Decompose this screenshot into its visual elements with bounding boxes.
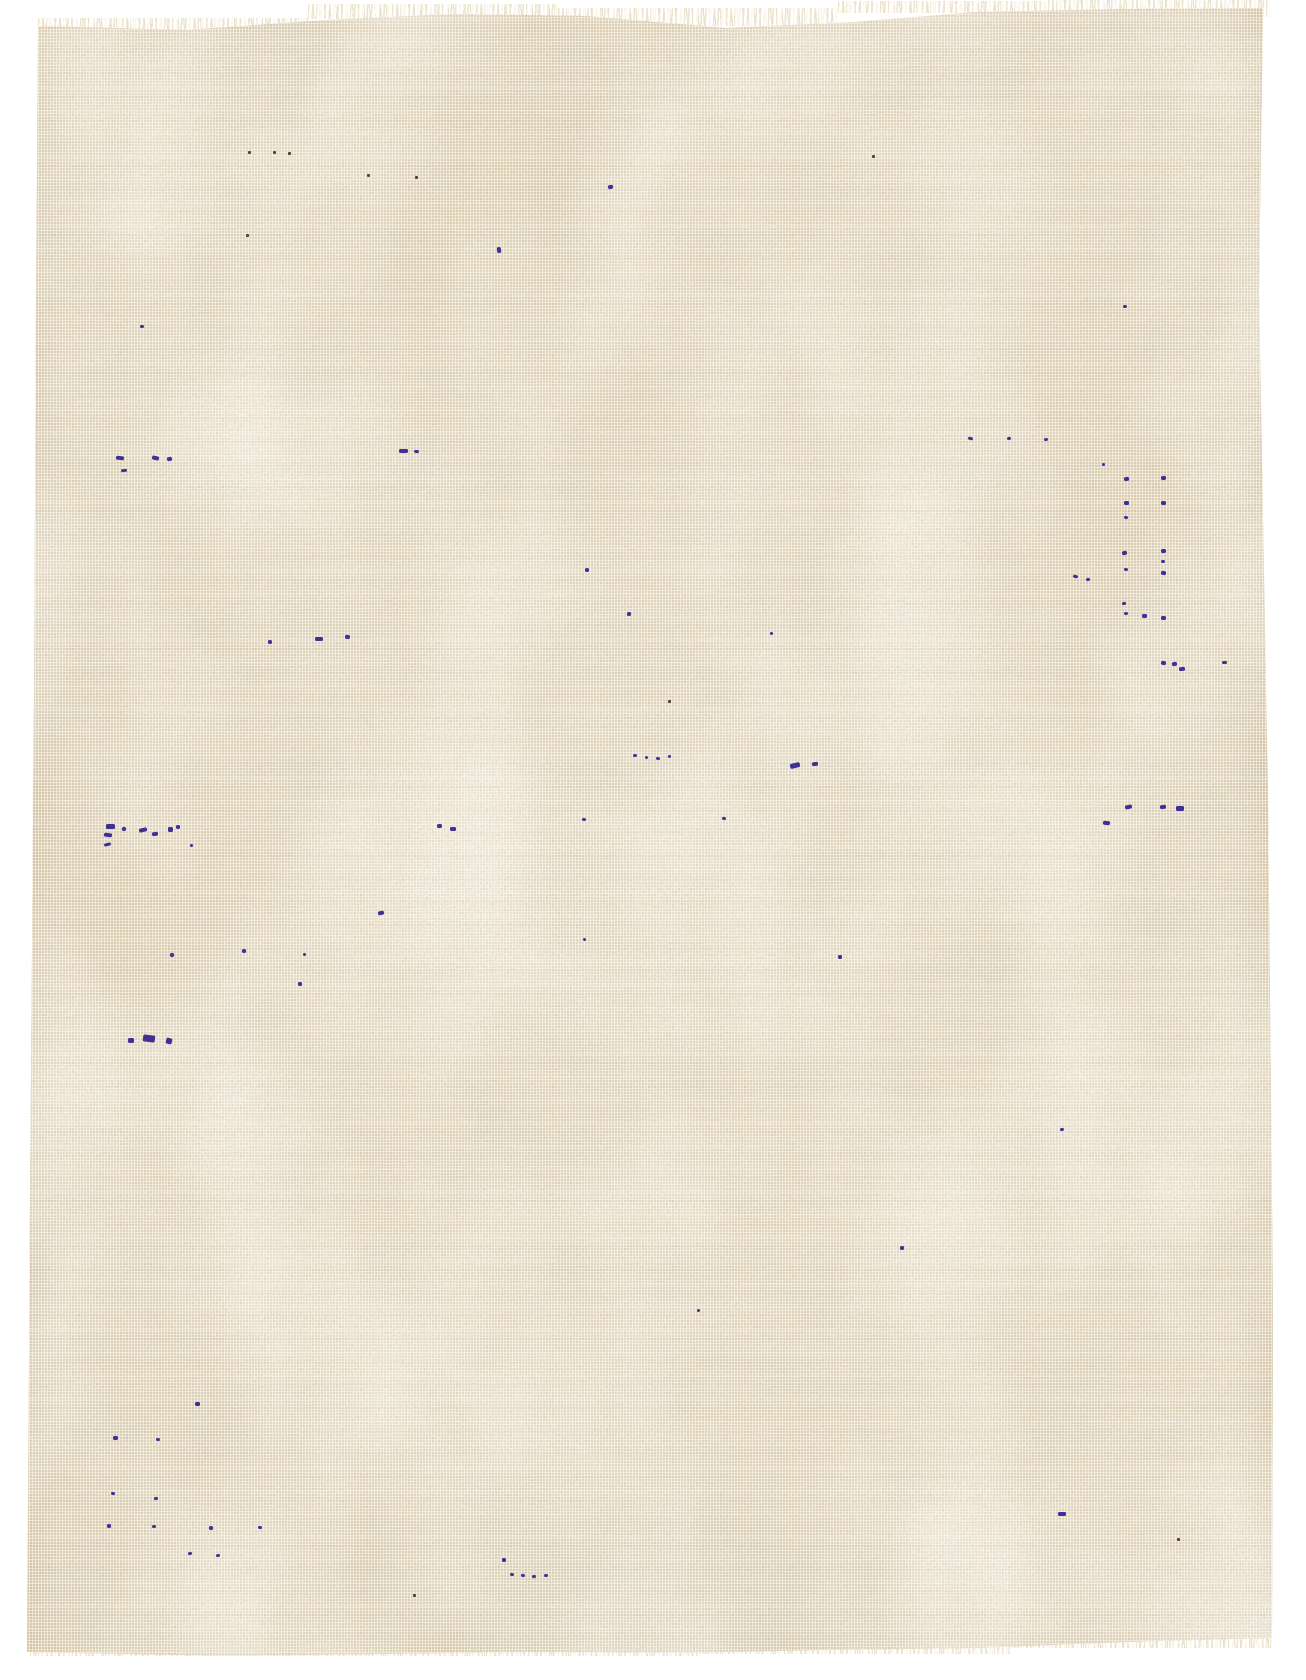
indigo-pile-fleck [1161, 616, 1166, 621]
indigo-pile-fleck [152, 1525, 156, 1528]
indigo-pile-fleck [1124, 612, 1128, 615]
indigo-pile-fleck [1161, 660, 1167, 665]
indigo-pile-fleck [1160, 805, 1166, 810]
indigo-pile-fleck [258, 1526, 263, 1530]
indigo-pile-fleck [1122, 602, 1127, 606]
indigo-pile-fleck [139, 827, 148, 833]
indigo-pile-fleck [1124, 568, 1128, 571]
fleck-layer [26, 0, 1276, 1662]
dark-fiber-speck [367, 174, 370, 177]
dark-fiber-speck [413, 1594, 416, 1597]
indigo-pile-fleck [121, 469, 127, 473]
indigo-pile-fleck [152, 832, 158, 837]
indigo-pile-fleck [1007, 437, 1012, 441]
indigo-pile-fleck [106, 824, 115, 829]
photo-caption: Photograph of a distressed vintage hand-… [0, 0, 1, 1]
indigo-pile-fleck [315, 637, 323, 641]
indigo-pile-fleck [502, 1558, 506, 1562]
indigo-pile-fleck [107, 1524, 111, 1528]
indigo-pile-fleck [378, 910, 385, 915]
dark-fiber-speck [1177, 1538, 1180, 1541]
indigo-pile-fleck [1044, 438, 1048, 441]
indigo-pile-fleck [521, 1574, 526, 1578]
indigo-pile-fleck [633, 754, 637, 757]
indigo-pile-fleck [167, 456, 173, 461]
dark-fiber-speck [872, 155, 875, 158]
indigo-pile-fleck [900, 1246, 904, 1250]
indigo-pile-fleck [1122, 550, 1128, 555]
indigo-pile-fleck [722, 817, 727, 821]
dark-fiber-speck [288, 152, 291, 155]
indigo-pile-fleck [104, 842, 112, 847]
indigo-pile-fleck [583, 938, 586, 941]
indigo-pile-fleck [298, 982, 302, 986]
indigo-pile-fleck [790, 762, 801, 769]
indigo-pile-fleck [968, 436, 974, 440]
indigo-pile-fleck [1073, 574, 1079, 578]
dark-fiber-speck [668, 700, 671, 703]
indigo-pile-fleck [1124, 476, 1130, 481]
indigo-pile-fleck [1161, 501, 1166, 506]
indigo-pile-fleck [116, 456, 124, 461]
dark-fiber-speck [246, 234, 249, 237]
indigo-pile-fleck [437, 824, 442, 829]
indigo-pile-fleck [154, 1497, 159, 1501]
indigo-pile-fleck [143, 1034, 156, 1042]
dark-fiber-speck [273, 151, 276, 154]
indigo-pile-fleck [532, 1575, 537, 1579]
indigo-pile-fleck [668, 755, 672, 759]
indigo-pile-fleck [399, 449, 408, 453]
indigo-pile-fleck [128, 1038, 134, 1043]
indigo-pile-fleck [697, 1309, 701, 1313]
indigo-pile-fleck [188, 1552, 193, 1556]
rug [26, 0, 1276, 1662]
indigo-pile-fleck [1060, 1128, 1065, 1132]
indigo-pile-fleck [242, 949, 247, 954]
indigo-pile-fleck [1102, 463, 1106, 467]
indigo-pile-fleck [544, 1574, 548, 1577]
indigo-pile-fleck [1086, 578, 1091, 582]
indigo-pile-fleck [1124, 516, 1129, 520]
indigo-pile-fleck [111, 1492, 116, 1496]
photo-page: Photograph of a distressed vintage hand-… [0, 0, 1306, 1680]
indigo-pile-fleck [1125, 804, 1133, 810]
indigo-pile-fleck [627, 612, 632, 617]
indigo-pile-fleck [585, 568, 589, 572]
indigo-pile-fleck [1172, 661, 1178, 666]
indigo-pile-fleck [812, 762, 818, 767]
indigo-pile-fleck [216, 1554, 220, 1557]
indigo-pile-fleck [104, 833, 112, 838]
indigo-pile-fleck [303, 953, 307, 957]
indigo-pile-fleck [190, 844, 194, 848]
indigo-pile-fleck [1161, 476, 1166, 481]
indigo-pile-fleck [1103, 821, 1110, 826]
indigo-pile-fleck [195, 1402, 200, 1407]
indigo-pile-fleck [1161, 570, 1167, 575]
indigo-pile-fleck [345, 635, 350, 640]
indigo-pile-fleck [1161, 549, 1166, 554]
indigo-pile-fleck [170, 953, 174, 957]
indigo-pile-fleck [414, 450, 419, 454]
indigo-pile-fleck [497, 247, 502, 253]
indigo-pile-fleck [165, 1037, 172, 1044]
indigo-pile-fleck [140, 325, 144, 328]
indigo-pile-fleck [1142, 614, 1147, 618]
indigo-pile-fleck [122, 827, 127, 832]
indigo-pile-fleck [1176, 806, 1184, 811]
indigo-pile-fleck [1123, 305, 1127, 308]
indigo-pile-fleck [209, 1526, 213, 1530]
indigo-pile-fleck [656, 757, 660, 760]
indigo-pile-fleck [608, 184, 614, 189]
indigo-pile-fleck [268, 640, 272, 644]
indigo-pile-fleck [510, 1573, 514, 1576]
indigo-pile-fleck [113, 1436, 118, 1440]
indigo-pile-fleck [450, 827, 456, 831]
rug-photo: Photograph of a distressed vintage hand-… [0, 0, 1306, 1680]
indigo-pile-fleck [770, 632, 774, 636]
dark-fiber-speck [415, 176, 418, 179]
indigo-pile-fleck [1179, 667, 1185, 672]
indigo-pile-fleck [1161, 560, 1165, 563]
indigo-pile-fleck [1124, 501, 1129, 505]
indigo-pile-fleck [838, 955, 842, 959]
indigo-pile-fleck [1222, 661, 1227, 664]
indigo-pile-fleck [1058, 1512, 1066, 1516]
indigo-pile-fleck [582, 818, 586, 821]
indigo-pile-fleck [152, 455, 160, 461]
indigo-pile-fleck [645, 756, 648, 759]
indigo-pile-fleck [168, 827, 173, 832]
indigo-pile-fleck [176, 825, 180, 829]
indigo-pile-fleck [156, 1438, 160, 1441]
dark-fiber-speck [248, 151, 251, 154]
